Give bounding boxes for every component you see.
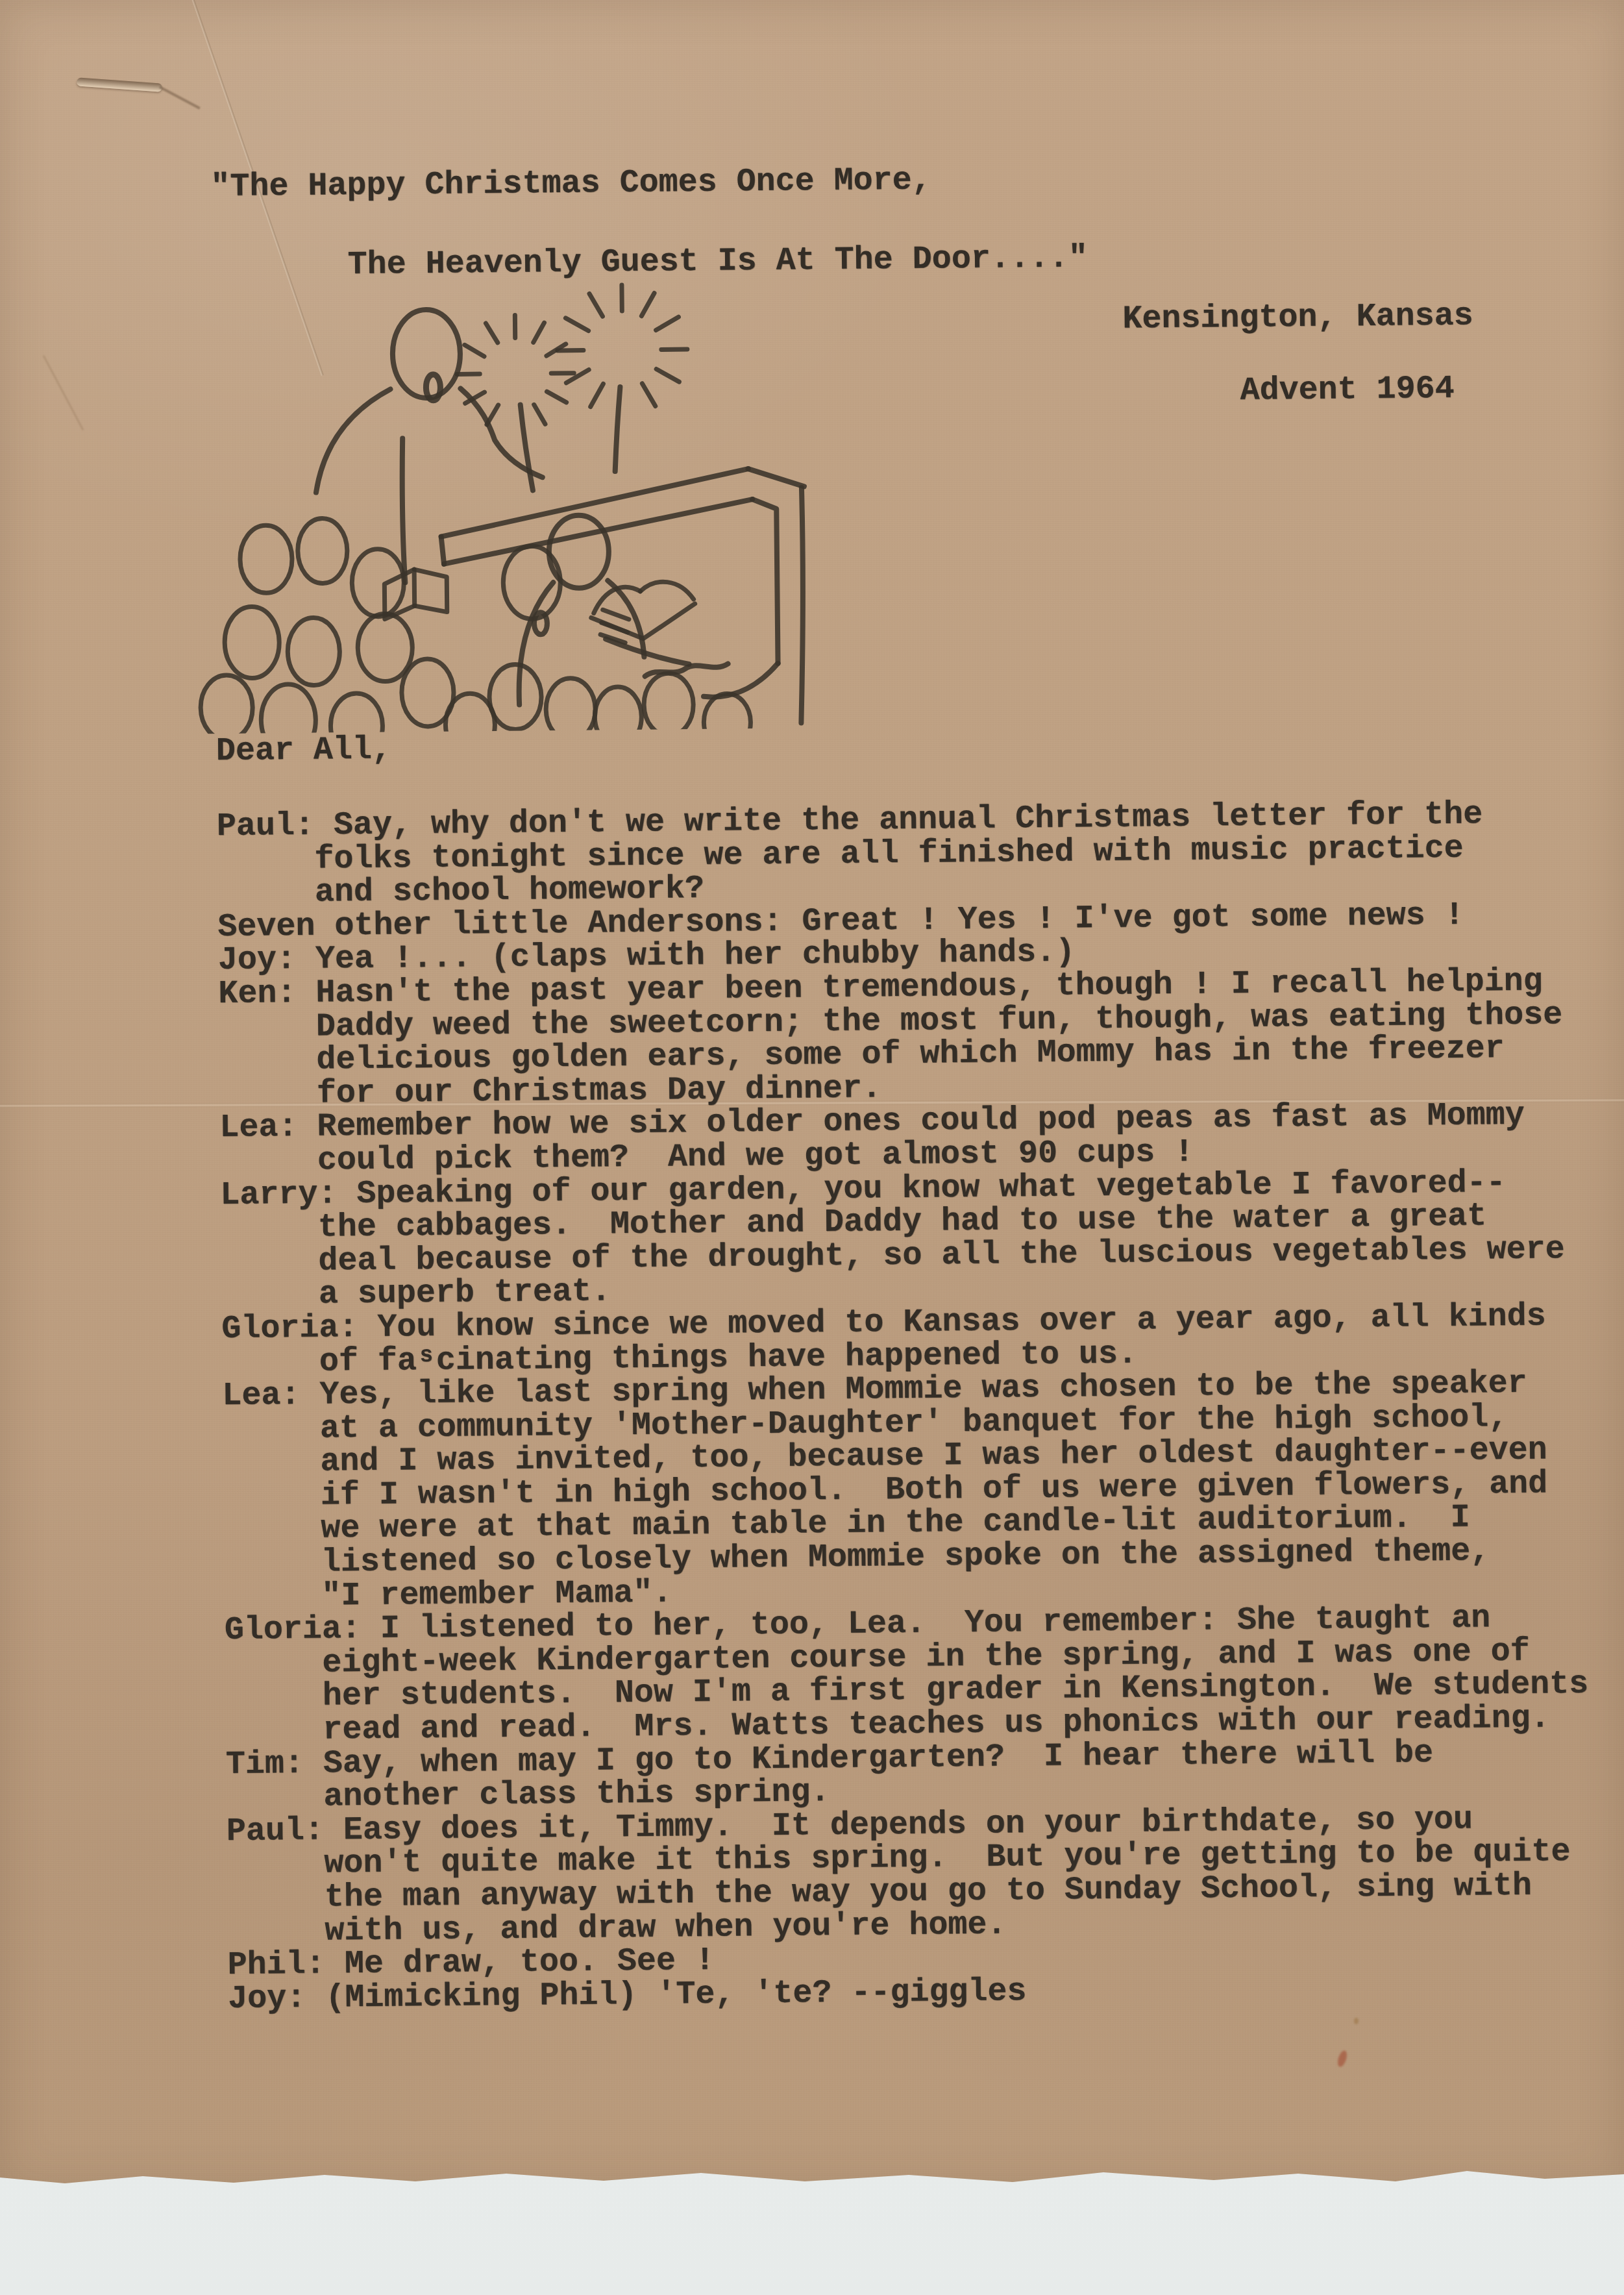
- letter-body: Paul: Say, why don't we write the annual…: [217, 797, 1592, 2016]
- letter-content: "The Happy Christmas Comes Once More, Th…: [0, 0, 1624, 2191]
- candle-icon: [521, 404, 533, 490]
- song-leader-figure: [314, 308, 543, 583]
- header-quote-line1: "The Happy Christmas Comes Once More,: [210, 162, 931, 206]
- candle-starburst-icon: [456, 284, 688, 425]
- salutation: Dear All,: [216, 733, 392, 769]
- candle-icon: [614, 387, 621, 471]
- dateline: Kensington, Kansas Advent 1964: [1122, 298, 1474, 447]
- dateline-date: Advent 1964: [1240, 371, 1455, 410]
- letter-paper: "The Happy Christmas Comes Once More, Th…: [0, 0, 1624, 2189]
- illustration-sketch: [187, 273, 841, 734]
- scanned-letter-page: { "colors":{"paper":"#bfa183","ink":"#33…: [0, 0, 1624, 2295]
- dateline-place: Kensington, Kansas: [1122, 297, 1473, 338]
